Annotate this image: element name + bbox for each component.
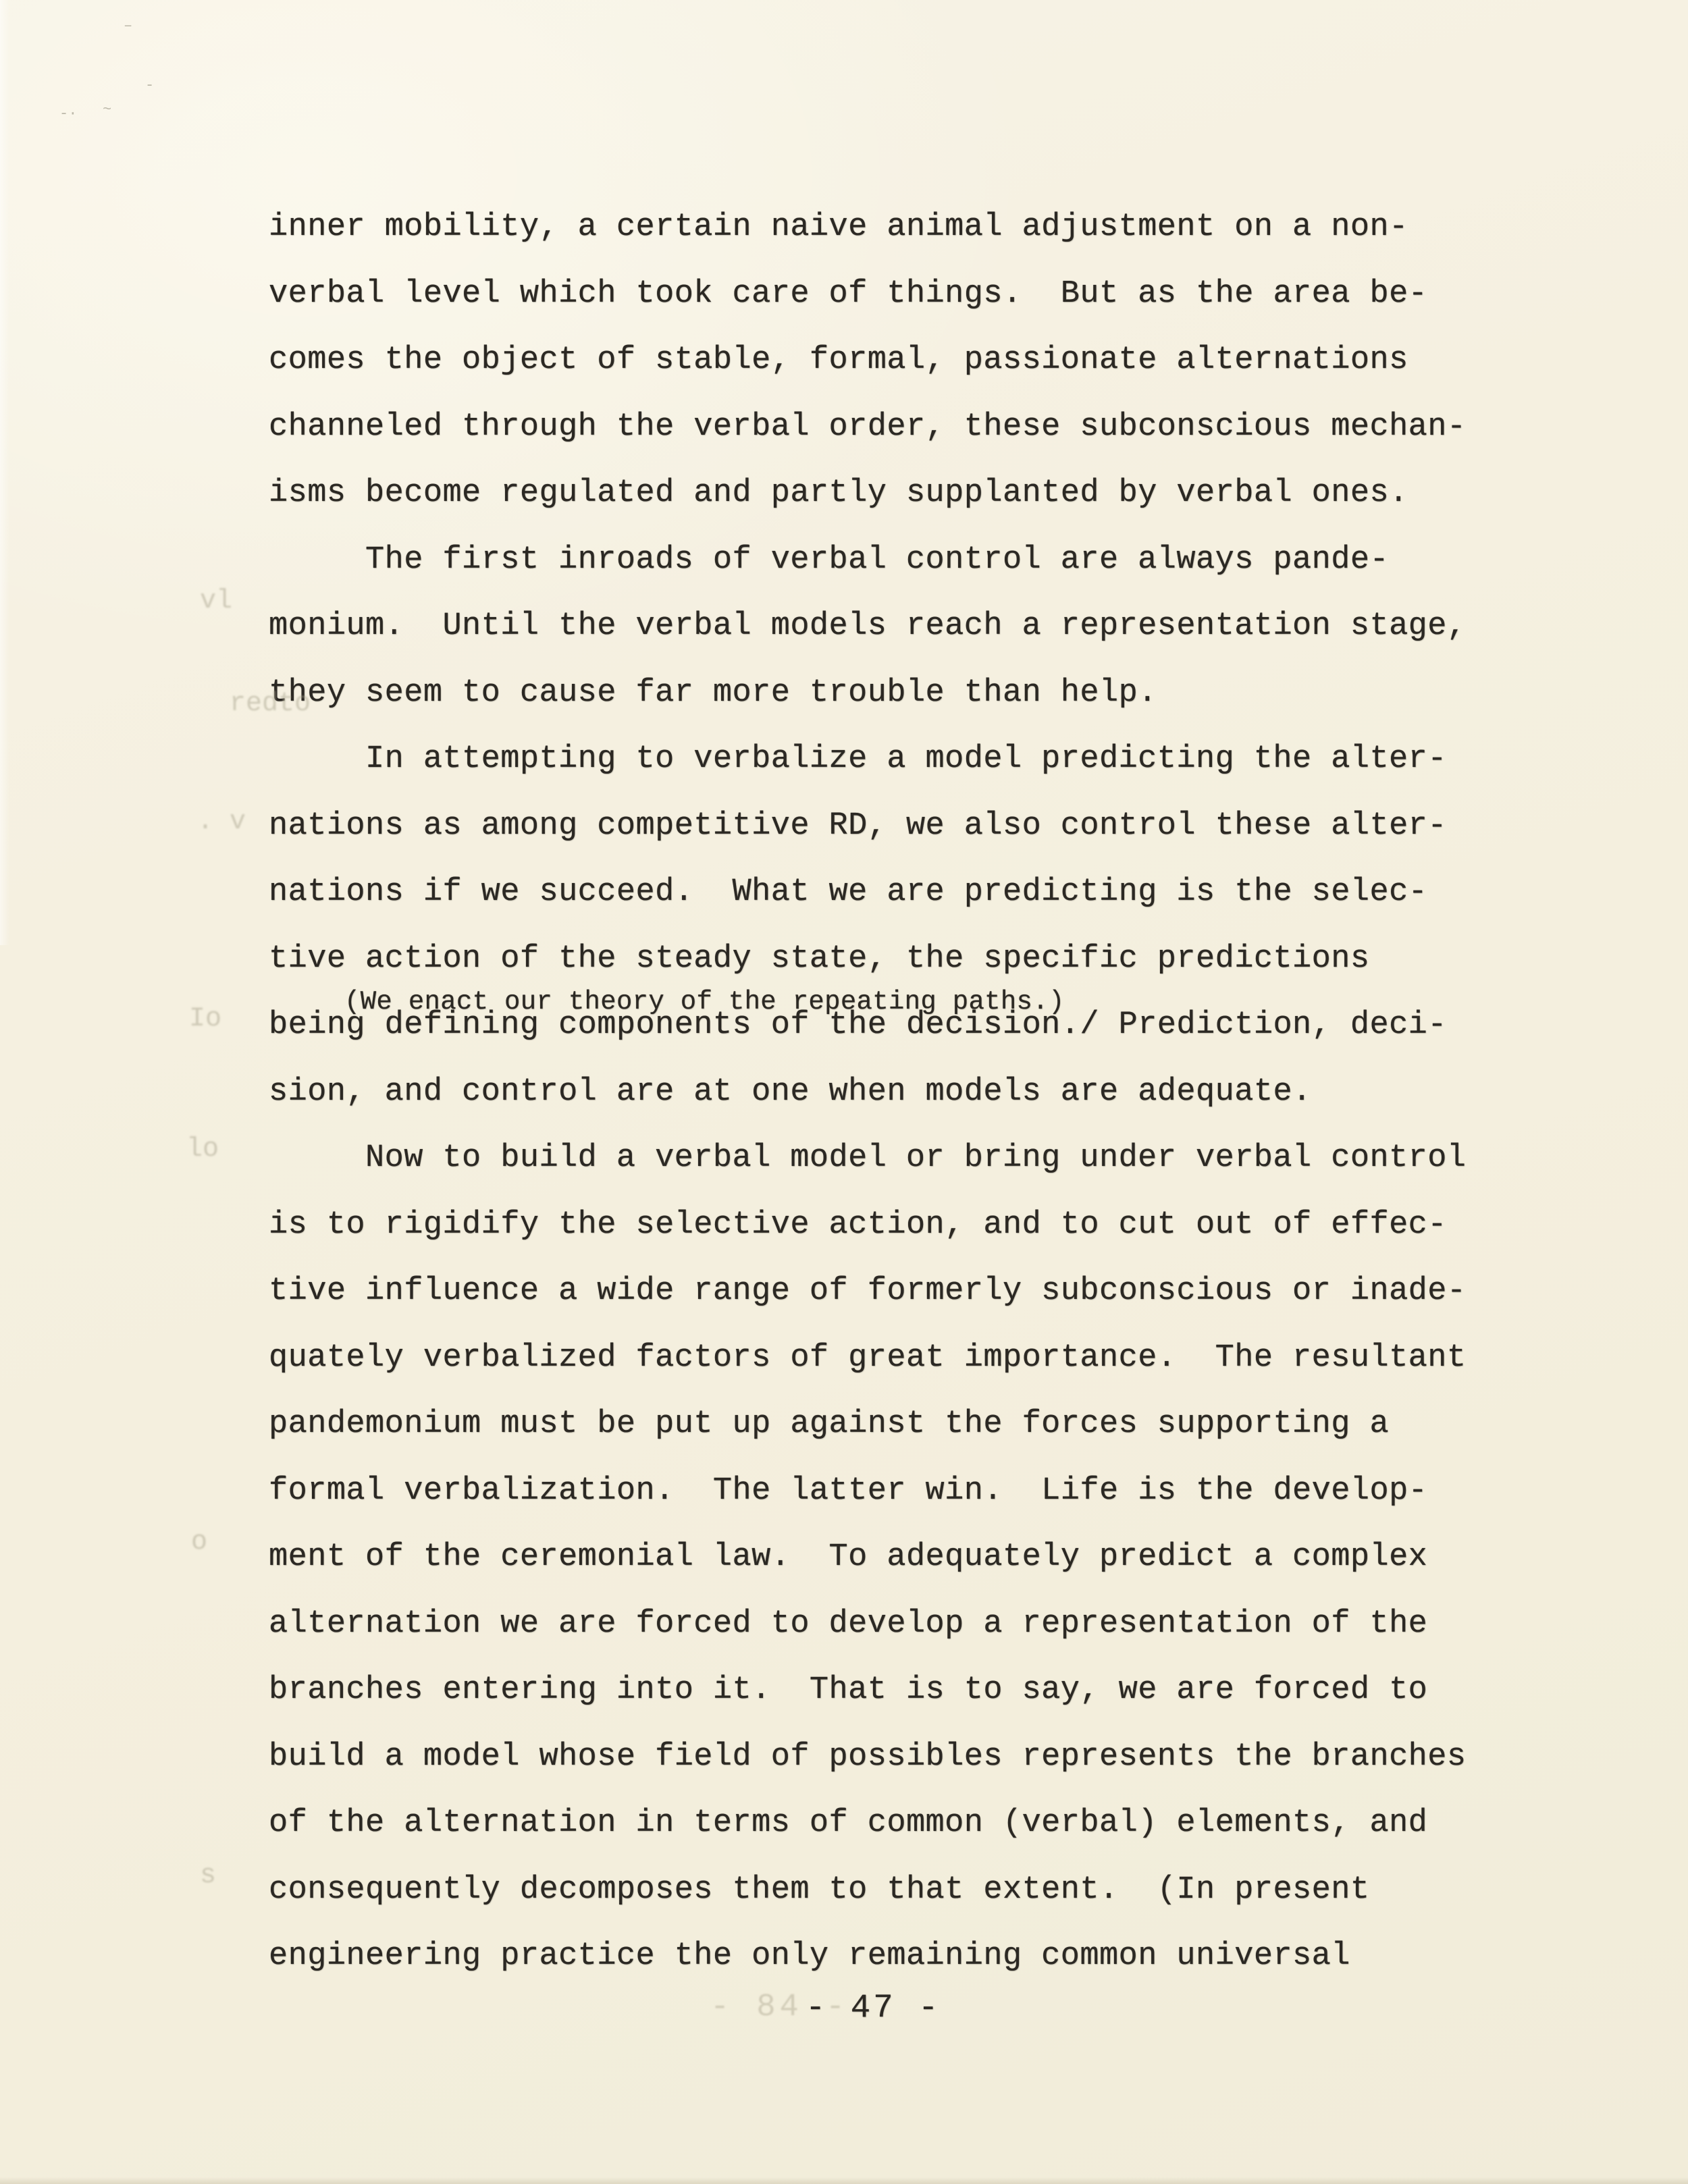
text-line: branches entering into it. That is to sa… xyxy=(269,1657,1606,1724)
text-line: The first inroads of verbal control are … xyxy=(269,527,1606,594)
text-line: comes the object of stable, formal, pass… xyxy=(269,327,1606,394)
stray-mark: -· xyxy=(59,105,77,122)
page-number: - 47 - xyxy=(806,1975,941,2042)
text-line: is to rigidify the selective action, and… xyxy=(269,1192,1606,1259)
text-line: build a model whose field of possibles r… xyxy=(269,1724,1606,1791)
text-line: sion, and control are at one when models… xyxy=(269,1059,1606,1126)
stray-mark: . v xyxy=(197,807,246,837)
scan-edge-highlight xyxy=(0,0,9,945)
text-line: of the alternation in terms of common (v… xyxy=(269,1790,1606,1857)
text-line: alternation we are forced to develop a r… xyxy=(269,1591,1606,1658)
stray-mark: - xyxy=(145,77,154,94)
stray-mark: lo xyxy=(186,1134,219,1165)
text-line: Now to build a verbal model or bring und… xyxy=(269,1125,1606,1192)
text-line: inner mobility, a certain naive animal a… xyxy=(269,194,1606,261)
text-line: ment of the ceremonial law. To adequatel… xyxy=(269,1524,1606,1591)
text-line: isms become regulated and partly supplan… xyxy=(269,460,1606,527)
text-line: quately verbalized factors of great impo… xyxy=(269,1325,1606,1392)
text-line: nations as among competitive RD, we also… xyxy=(269,793,1606,860)
text-line: monium. Until the verbal models reach a … xyxy=(269,593,1606,660)
stray-mark: o xyxy=(191,1527,207,1557)
text-line: tive influence a wide range of formerly … xyxy=(269,1258,1606,1325)
text-line: formal verbalization. The latter win. Li… xyxy=(269,1458,1606,1525)
text-line: consequently decomposes them to that ext… xyxy=(269,1857,1606,1924)
text-line: nations if we succeed. What we are predi… xyxy=(269,859,1606,926)
stray-mark: ~ xyxy=(103,101,111,118)
typewritten-text-block: inner mobility, a certain naive animal a… xyxy=(269,194,1606,1990)
stray-mark: vl xyxy=(200,586,232,616)
text-line: they seem to cause far more trouble than… xyxy=(269,660,1606,727)
scan-edge-shadow xyxy=(0,2177,1688,2184)
scanned-typewritten-page: { "page": { "paper_color": "#f4efdf", "i… xyxy=(0,0,1688,2184)
interline-note-text: (We enact our theory of the repeating pa… xyxy=(269,987,1606,1017)
text-lines: inner mobility, a certain naive animal a… xyxy=(269,194,1606,1990)
stray-mark: s xyxy=(200,1861,216,1891)
text-line: In attempting to verbalize a model predi… xyxy=(269,726,1606,793)
text-line: tive action of the steady state, the spe… xyxy=(269,926,1606,993)
stray-mark: Io xyxy=(189,1004,221,1034)
text-line: verbal level which took care of things. … xyxy=(269,261,1606,328)
stray-mark: – xyxy=(124,18,132,34)
text-line: pandemonium must be put up against the f… xyxy=(269,1391,1606,1458)
text-line: channeled through the verbal order, thes… xyxy=(269,394,1606,461)
